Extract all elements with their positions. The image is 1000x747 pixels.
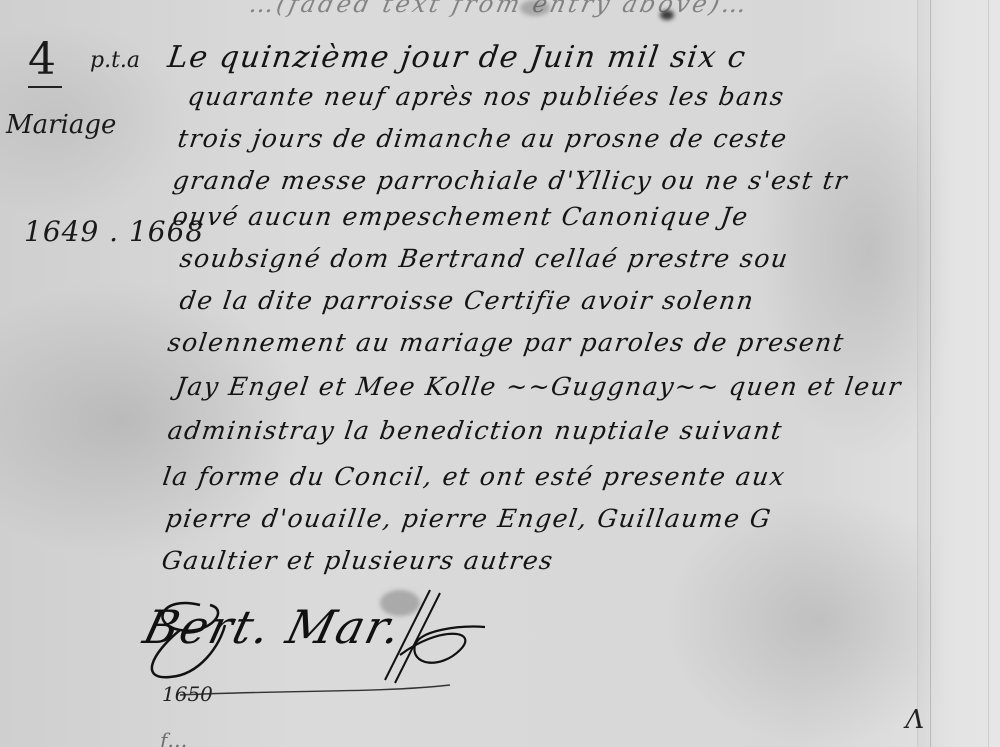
text-line: la forme du Concil, et ont esté presente… <box>161 462 788 491</box>
text-line: trois jours de dimanche au prosne de ces… <box>176 124 790 153</box>
text-line: Le quinzième jour de Juin mil six c <box>166 40 749 75</box>
text-line: de la dite parroisse Certifie avoir sole… <box>178 286 756 315</box>
text-line: Jay Engel et Mee Kolle ~~Guggnay~~ quen … <box>174 372 904 401</box>
text-line: solennement au mariage par paroles de pr… <box>166 328 847 357</box>
entry-type-label: Mariage <box>6 110 116 140</box>
text-line: grande messe parrochiale d'Yllicy ou ne … <box>171 166 850 195</box>
text-line: pierre d'ouaille, pierre Engel, Guillaum… <box>164 504 774 533</box>
signature-date: 1650 <box>162 682 213 706</box>
entry-abbreviation: p.t.a <box>90 48 140 73</box>
text-line: soubsigné dom Bertrand cellaé prestre so… <box>178 244 791 273</box>
text-line: quarante neuf après nos publiées les ban… <box>186 82 787 111</box>
previous-entry-bleed: …(faded text from entry above)… <box>247 0 752 18</box>
entry-number: 4 <box>28 38 62 88</box>
text-line: administray la benediction nuptiale suiv… <box>166 416 785 445</box>
priest-signature: Bert. Mar. <box>138 600 408 654</box>
next-entry-bleed: f… <box>160 728 187 747</box>
margin-rule-line <box>988 0 989 747</box>
text-line: Gaultier et plusieurs autres <box>160 546 556 575</box>
manuscript-page: …(faded text from entry above)… 4 p.t.a … <box>0 0 1000 747</box>
margin-rule-line <box>930 0 931 747</box>
text-line: ouvé aucun empeschement Canonique Je <box>171 202 751 231</box>
